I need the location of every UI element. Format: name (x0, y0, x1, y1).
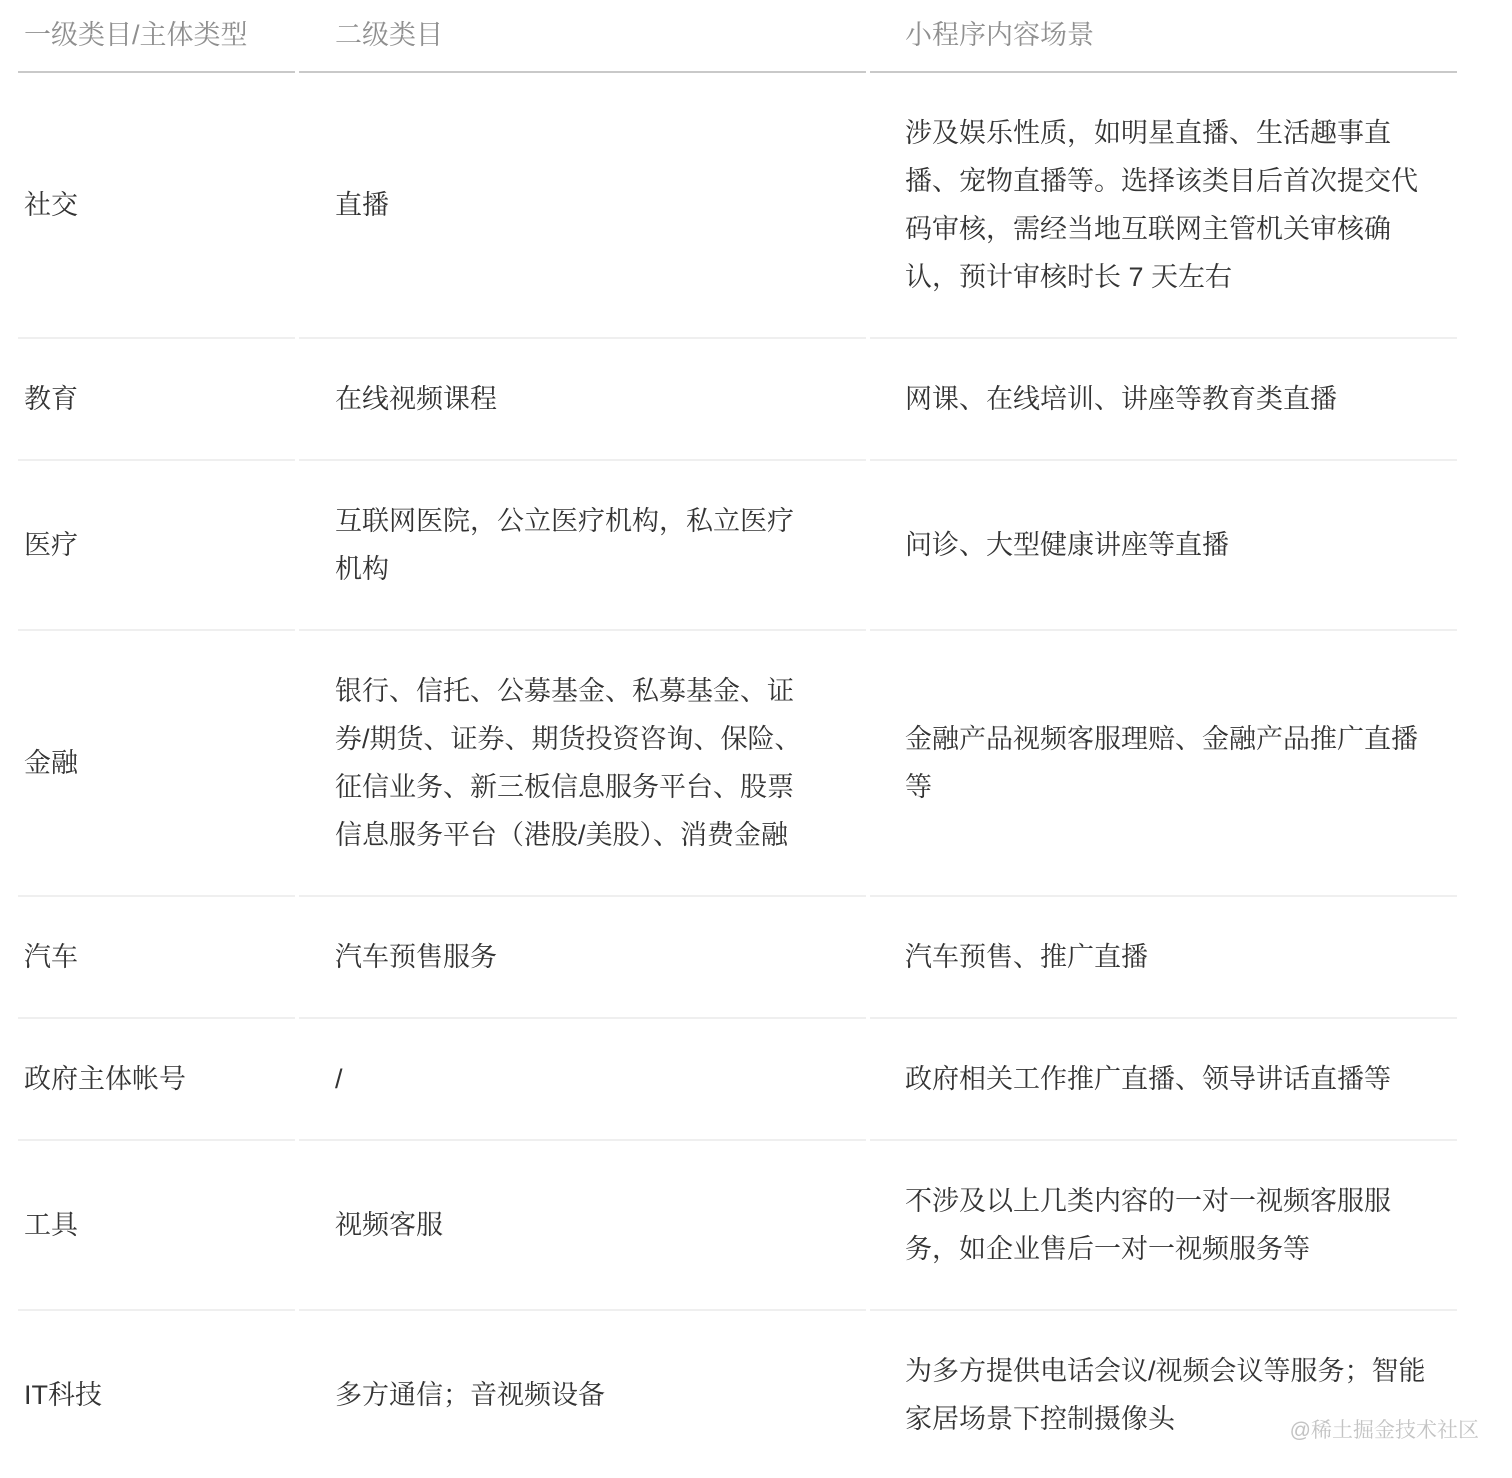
cell-content-scenario: 为多方提供电话会议/视频会议等服务；智能 家居场景下控制摄像头 (870, 1311, 1457, 1478)
page: 一级类目/主体类型 二级类目 小程序内容场景 社交 直播 涉及娱乐性质，如明星直… (0, 0, 1512, 1478)
cell-content-scenario: 涉及娱乐性质，如明星直播、生活趣事直 播、宠物直播等。选择该类目后首次提交代 码… (870, 73, 1457, 339)
column-header-secondary-category: 二级类目 (299, 0, 866, 73)
table-row: 政府主体帐号 / 政府相关工作推广直播、领导讲话直播等 (18, 1019, 1457, 1141)
table-row: IT科技 多方通信；音视频设备 为多方提供电话会议/视频会议等服务；智能 家居场… (18, 1311, 1457, 1478)
cell-primary-category: 社交 (18, 73, 295, 339)
cell-secondary-category: 汽车预售服务 (299, 897, 866, 1019)
column-header-content-scenario: 小程序内容场景 (870, 0, 1457, 73)
cell-secondary-category: 多方通信；音视频设备 (299, 1311, 866, 1478)
cell-secondary-category: 互联网医院，公立医疗机构，私立医疗 机构 (299, 461, 866, 631)
cell-primary-category: 工具 (18, 1141, 295, 1311)
category-table: 一级类目/主体类型 二级类目 小程序内容场景 社交 直播 涉及娱乐性质，如明星直… (18, 0, 1457, 1478)
cell-content-scenario: 政府相关工作推广直播、领导讲话直播等 (870, 1019, 1457, 1141)
table-row: 工具 视频客服 不涉及以上几类内容的一对一视频客服服 务，如企业售后一对一视频服… (18, 1141, 1457, 1311)
table-row: 汽车 汽车预售服务 汽车预售、推广直播 (18, 897, 1457, 1019)
cell-secondary-category: 直播 (299, 73, 866, 339)
table-row: 社交 直播 涉及娱乐性质，如明星直播、生活趣事直 播、宠物直播等。选择该类目后首… (18, 73, 1457, 339)
cell-content-scenario: 汽车预售、推广直播 (870, 897, 1457, 1019)
cell-secondary-category: 视频客服 (299, 1141, 866, 1311)
table-row: 医疗 互联网医院，公立医疗机构，私立医疗 机构 问诊、大型健康讲座等直播 (18, 461, 1457, 631)
cell-primary-category: IT科技 (18, 1311, 295, 1478)
table-row: 教育 在线视频课程 网课、在线培训、讲座等教育类直播 (18, 339, 1457, 461)
table-row: 金融 银行、信托、公募基金、私募基金、证 券/期货、证券、期货投资咨询、保险、 … (18, 631, 1457, 897)
watermark: @稀土掘金技术社区 (1290, 1416, 1479, 1446)
cell-content-scenario: 问诊、大型健康讲座等直播 (870, 461, 1457, 631)
cell-secondary-category: 银行、信托、公募基金、私募基金、证 券/期货、证券、期货投资咨询、保险、 征信业… (299, 631, 866, 897)
cell-content-scenario: 不涉及以上几类内容的一对一视频客服服 务，如企业售后一对一视频服务等 (870, 1141, 1457, 1311)
cell-content-scenario: 金融产品视频客服理赔、金融产品推广直播 等 (870, 631, 1457, 897)
cell-primary-category: 教育 (18, 339, 295, 461)
cell-content-scenario: 网课、在线培训、讲座等教育类直播 (870, 339, 1457, 461)
table-header-row: 一级类目/主体类型 二级类目 小程序内容场景 (18, 0, 1457, 73)
cell-secondary-category: / (299, 1019, 866, 1141)
cell-primary-category: 医疗 (18, 461, 295, 631)
cell-secondary-category: 在线视频课程 (299, 339, 866, 461)
cell-primary-category: 汽车 (18, 897, 295, 1019)
cell-primary-category: 政府主体帐号 (18, 1019, 295, 1141)
column-header-primary-category: 一级类目/主体类型 (18, 0, 295, 73)
cell-primary-category: 金融 (18, 631, 295, 897)
table-body: 社交 直播 涉及娱乐性质，如明星直播、生活趣事直 播、宠物直播等。选择该类目后首… (18, 73, 1457, 1478)
